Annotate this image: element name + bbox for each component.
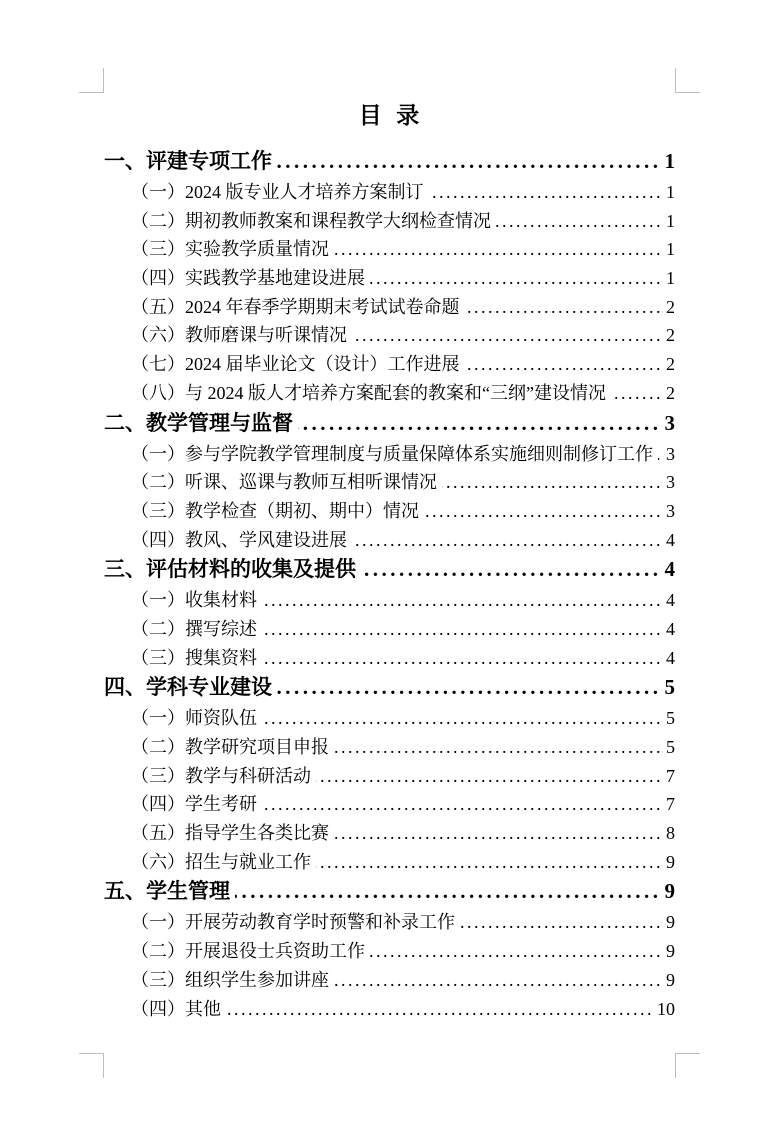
dot-leader xyxy=(496,210,663,232)
entry-page-number: 8 xyxy=(666,822,675,844)
toc-entry[interactable]: （二）开展退役士兵资助工作9 xyxy=(104,940,675,962)
toc-section-heading[interactable]: 三、评估材料的收集及提供4 xyxy=(104,557,675,581)
entry-page-number: 7 xyxy=(666,793,675,815)
toc-entry[interactable]: （三）组织学生参加讲座9 xyxy=(104,969,675,991)
dot-leader xyxy=(460,911,663,933)
toc-entry[interactable]: （五）2024 年春季学期期末考试试卷命题2 xyxy=(104,296,675,318)
entry-label: （一）收集材料 xyxy=(131,589,257,611)
entry-page-number: 5 xyxy=(666,707,675,729)
toc-entry[interactable]: （三）实验教学质量情况1 xyxy=(104,238,675,260)
entry-page-number: 4 xyxy=(666,589,675,611)
toc-entry[interactable]: （一）师资队伍5 xyxy=(104,707,675,729)
entry-label: （四）实践教学基地建设进展 xyxy=(131,267,365,289)
toc-entry[interactable]: （三）搜集资料4 xyxy=(104,647,675,669)
toc-title: 目 录 xyxy=(104,103,675,129)
toc-content: 目 录 一、评建专项工作1（一）2024 版专业人才培养方案制订1（二）期初教师… xyxy=(104,92,675,1026)
entry-page-number: 3 xyxy=(666,443,675,465)
dot-leader xyxy=(316,851,663,873)
entry-page-number: 9 xyxy=(666,969,675,991)
toc-list: 一、评建专项工作1（一）2024 版专业人才培养方案制订1（二）期初教师教案和课… xyxy=(104,149,675,1020)
toc-entry[interactable]: （四）实践教学基地建设进展1 xyxy=(104,267,675,289)
toc-section-heading[interactable]: 一、评建专项工作1 xyxy=(104,149,675,173)
entry-page-number: 2 xyxy=(666,382,675,404)
entry-label: 三、评估材料的收集及提供 xyxy=(104,557,356,581)
dot-leader xyxy=(611,382,663,404)
entry-label: （六）教师磨课与听课情况 xyxy=(131,324,347,346)
entry-page-number: 9 xyxy=(666,911,675,933)
entry-page-number: 4 xyxy=(666,647,675,669)
entry-label: （四）其他 xyxy=(131,998,221,1020)
entry-page-number: 4 xyxy=(666,618,675,640)
entry-label: （三）教学与科研活动 xyxy=(131,765,311,787)
toc-entry[interactable]: （七）2024 届毕业论文（设计）工作进展2 xyxy=(104,353,675,375)
entry-label: （五）指导学生各类比赛 xyxy=(131,822,329,844)
dot-leader xyxy=(262,707,663,729)
toc-entry[interactable]: （二）听课、巡课与教师互相听课情况3 xyxy=(104,471,675,493)
toc-entry[interactable]: （三）教学检查（期初、期中）情况3 xyxy=(104,500,675,522)
entry-page-number: 2 xyxy=(666,353,675,375)
toc-section-heading[interactable]: 四、学科专业建设5 xyxy=(104,675,675,699)
entry-page-number: 3 xyxy=(665,411,676,435)
dot-leader xyxy=(277,675,662,699)
dot-leader xyxy=(352,324,663,346)
dot-leader xyxy=(465,296,664,318)
entry-label: 四、学科专业建设 xyxy=(104,675,272,699)
entry-label: （二）期初教师教案和课程教学大纲检查情况 xyxy=(131,210,491,232)
entry-label: 五、学生管理 xyxy=(104,879,230,903)
dot-leader xyxy=(334,822,663,844)
toc-entry[interactable]: （四）学生考研7 xyxy=(104,793,675,815)
dot-leader xyxy=(352,529,663,551)
dot-leader xyxy=(424,500,663,522)
entry-page-number: 1 xyxy=(665,149,676,173)
toc-entry[interactable]: （五）指导学生各类比赛8 xyxy=(104,822,675,844)
dot-leader xyxy=(298,411,662,435)
dot-leader xyxy=(226,998,654,1020)
entry-page-number: 4 xyxy=(665,557,676,581)
toc-section-heading[interactable]: 二、教学管理与监督3 xyxy=(104,411,675,435)
entry-label: （六）招生与就业工作 xyxy=(131,851,311,873)
toc-entry[interactable]: （二）教学研究项目申报5 xyxy=(104,736,675,758)
entry-page-number: 1 xyxy=(666,238,675,260)
margin-crop-mark-bottom-left xyxy=(79,1053,104,1078)
entry-label: （二）教学研究项目申报 xyxy=(131,736,329,758)
entry-page-number: 5 xyxy=(666,736,675,758)
margin-crop-mark-top-left xyxy=(79,68,104,93)
entry-label: （一）2024 版专业人才培养方案制订 xyxy=(131,181,424,203)
dot-leader xyxy=(465,353,664,375)
toc-entry[interactable]: （一）开展劳动教育学时预警和补录工作9 xyxy=(104,911,675,933)
dot-leader xyxy=(370,940,663,962)
entry-page-number: 9 xyxy=(666,851,675,873)
entry-page-number: 3 xyxy=(666,500,675,522)
dot-leader xyxy=(429,181,664,203)
entry-label: （一）参与学院教学管理制度与质量保障体系实施细则制修订工作 xyxy=(131,443,653,465)
margin-crop-mark-top-right xyxy=(675,68,700,93)
toc-entry[interactable]: （八）与 2024 版人才培养方案配套的教案和“三纲”建设情况2 xyxy=(104,382,675,404)
entry-page-number: 5 xyxy=(665,675,676,699)
toc-entry[interactable]: （三）教学与科研活动7 xyxy=(104,765,675,787)
toc-entry[interactable]: （四）其他10 xyxy=(104,998,675,1020)
toc-entry[interactable]: （六）教师磨课与听课情况2 xyxy=(104,324,675,346)
entry-label: 二、教学管理与监督 xyxy=(104,411,293,435)
entry-page-number: 2 xyxy=(666,296,675,318)
entry-label: （一）开展劳动教育学时预警和补录工作 xyxy=(131,911,455,933)
entry-label: （三）搜集资料 xyxy=(131,647,257,669)
dot-leader xyxy=(277,149,662,173)
toc-entry[interactable]: （一）收集材料4 xyxy=(104,589,675,611)
entry-label: （二）撰写综述 xyxy=(131,618,257,640)
entry-label: （七）2024 届毕业论文（设计）工作进展 xyxy=(131,353,460,375)
entry-page-number: 1 xyxy=(666,267,675,289)
dot-leader xyxy=(361,557,662,581)
entry-label: （一）师资队伍 xyxy=(131,707,257,729)
entry-label: （五）2024 年春季学期期末考试试卷命题 xyxy=(131,296,460,318)
entry-label: （四）学生考研 xyxy=(131,793,257,815)
dot-leader xyxy=(262,589,663,611)
dot-leader xyxy=(262,647,663,669)
dot-leader xyxy=(334,969,663,991)
dot-leader xyxy=(442,471,663,493)
entry-page-number: 4 xyxy=(666,529,675,551)
entry-page-number: 10 xyxy=(657,998,675,1020)
dot-leader xyxy=(658,443,663,465)
toc-section-heading[interactable]: 五、学生管理9 xyxy=(104,879,675,903)
entry-page-number: 9 xyxy=(666,940,675,962)
entry-label: （三）教学检查（期初、期中）情况 xyxy=(131,500,419,522)
entry-label: （三）组织学生参加讲座 xyxy=(131,969,329,991)
dot-leader xyxy=(334,736,663,758)
entry-page-number: 1 xyxy=(666,181,675,203)
entry-label: （三）实验教学质量情况 xyxy=(131,238,329,260)
entry-page-number: 7 xyxy=(666,765,675,787)
entry-label: （八）与 2024 版人才培养方案配套的教案和“三纲”建设情况 xyxy=(131,382,606,404)
dot-leader xyxy=(334,238,663,260)
toc-entry[interactable]: （二）撰写综述4 xyxy=(104,618,675,640)
entry-label: 一、评建专项工作 xyxy=(104,149,272,173)
dot-leader xyxy=(262,793,663,815)
entry-label: （四）教风、学风建设进展 xyxy=(131,529,347,551)
document-page: 目 录 一、评建专项工作1（一）2024 版专业人才培养方案制订1（二）期初教师… xyxy=(0,0,773,1135)
toc-entry[interactable]: （六）招生与就业工作9 xyxy=(104,851,675,873)
dot-leader xyxy=(235,879,662,903)
dot-leader xyxy=(316,765,663,787)
dot-leader xyxy=(262,618,663,640)
entry-page-number: 9 xyxy=(665,879,676,903)
entry-page-number: 1 xyxy=(666,210,675,232)
toc-entry[interactable]: （一）2024 版专业人才培养方案制订1 xyxy=(104,181,675,203)
toc-entry[interactable]: （一）参与学院教学管理制度与质量保障体系实施细则制修订工作3 xyxy=(104,443,675,465)
entry-label: （二）听课、巡课与教师互相听课情况 xyxy=(131,471,437,493)
entry-page-number: 2 xyxy=(666,324,675,346)
entry-page-number: 3 xyxy=(666,471,675,493)
dot-leader xyxy=(370,267,663,289)
toc-entry[interactable]: （四）教风、学风建设进展4 xyxy=(104,529,675,551)
margin-crop-mark-bottom-right xyxy=(675,1053,700,1078)
entry-label: （二）开展退役士兵资助工作 xyxy=(131,940,365,962)
toc-entry[interactable]: （二）期初教师教案和课程教学大纲检查情况1 xyxy=(104,210,675,232)
